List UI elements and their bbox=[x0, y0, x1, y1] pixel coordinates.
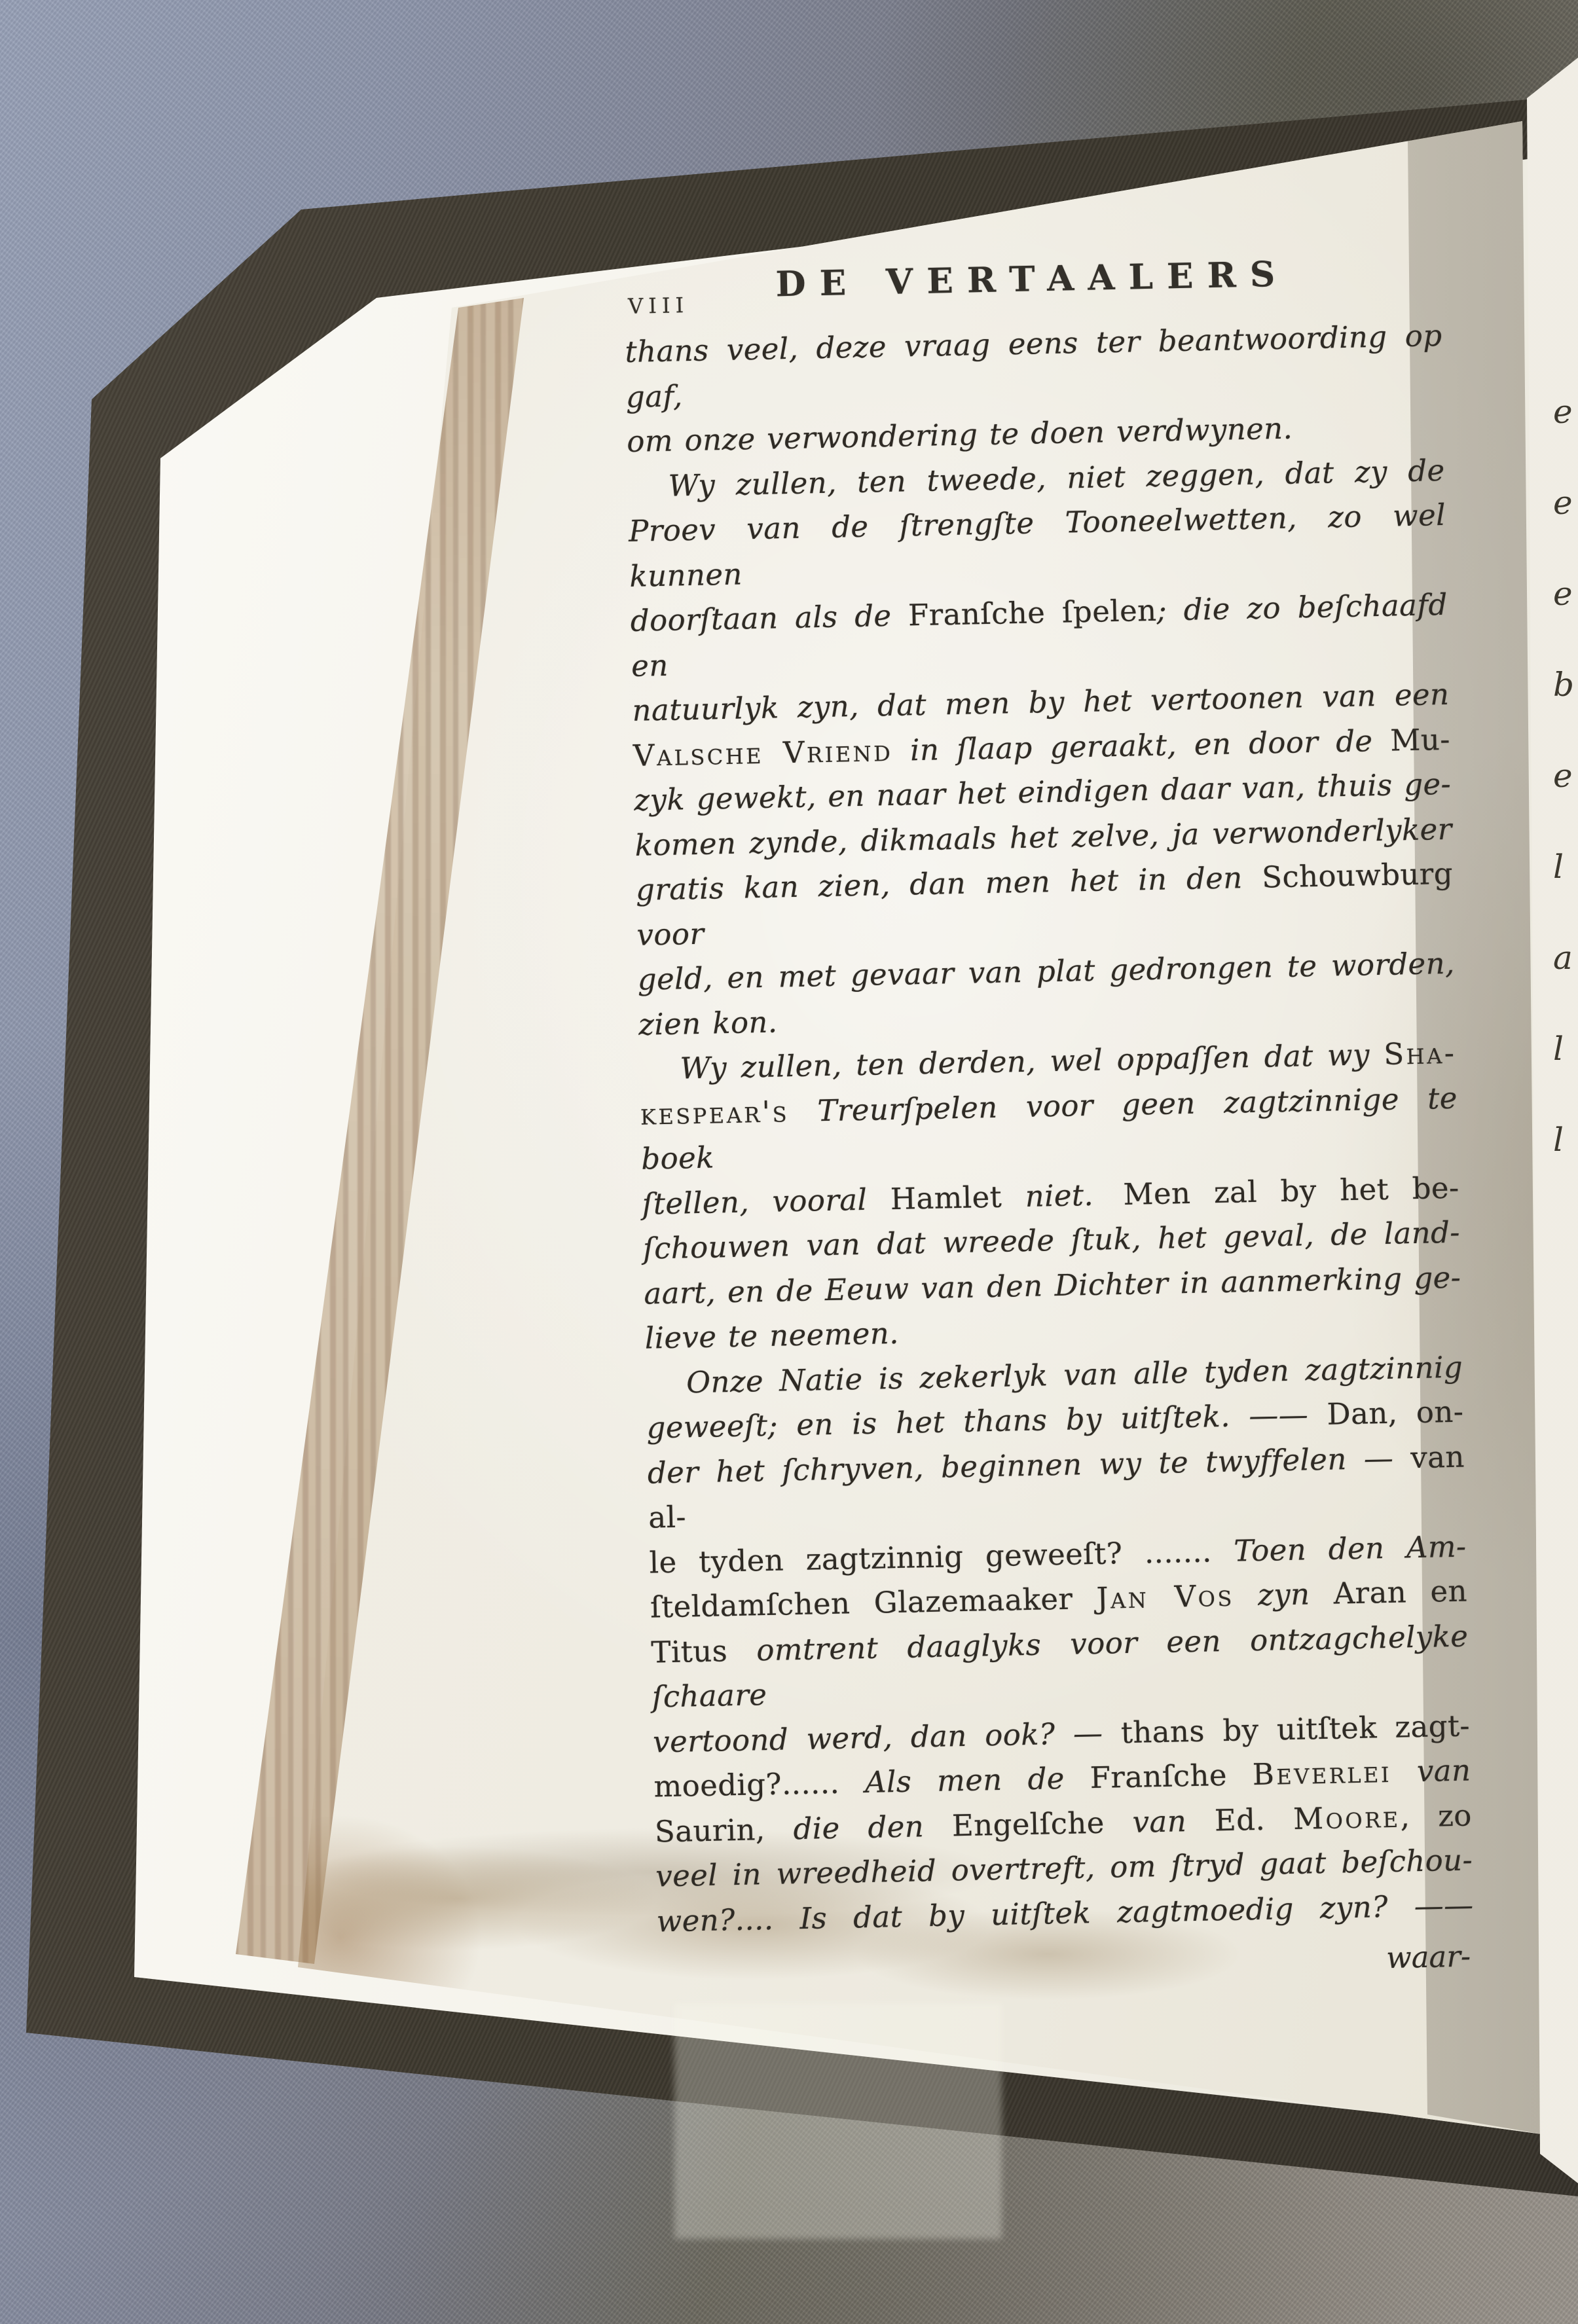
text-segment: lieve te neemen. bbox=[644, 1316, 899, 1356]
text-segment: Dan, on- bbox=[1327, 1394, 1464, 1432]
text-segment: vertoond werd, dan ook? — bbox=[653, 1715, 1122, 1759]
exposure-patch bbox=[674, 2003, 1002, 2239]
letter-fragment: l bbox=[1553, 1004, 1578, 1095]
text-segment: Engelſche bbox=[951, 1804, 1133, 1843]
facing-page-letter-fragments: eeebelall bbox=[1553, 367, 1578, 1186]
letter-fragment: b bbox=[1553, 640, 1578, 731]
text-line: gratis kan zien, dan men het in den Scho… bbox=[635, 852, 1454, 958]
text-block: viii DE VERTAALERS thans veel, deze vraa… bbox=[623, 251, 1475, 1995]
paragraph: Wy zullen, ten tweede, niet zeggen, dat … bbox=[627, 448, 1456, 1047]
text-segment: Proev van de ſtrengſte Tooneelwetten, zo… bbox=[629, 498, 1446, 594]
text-segment: thans veel, deze vraag eens ter beantwoo… bbox=[625, 318, 1442, 414]
text-segment: Mu- bbox=[1390, 721, 1451, 757]
text-segment: Sha- bbox=[1384, 1036, 1457, 1072]
text-segment: Titus bbox=[651, 1633, 728, 1669]
text-segment: Toen den Am- bbox=[1234, 1529, 1467, 1568]
text-segment: zyn bbox=[1234, 1576, 1334, 1613]
text-segment: doorſtaan als de bbox=[630, 598, 908, 638]
text-segment: van bbox=[1391, 1752, 1471, 1788]
text-segment: ſteldamſchen Glazemaaker bbox=[650, 1581, 1097, 1625]
letter-fragment: l bbox=[1553, 1095, 1578, 1186]
text-segment: Hamlet bbox=[890, 1179, 1002, 1216]
text-segment: thans by uitſtek zagt- bbox=[1120, 1708, 1470, 1750]
letter-fragment: l bbox=[1553, 822, 1578, 913]
text-segment: zien kon. bbox=[638, 1004, 778, 1042]
text-line: thans veel, deze vraag eens ter beantwoo… bbox=[625, 314, 1443, 420]
text-segment: die den bbox=[793, 1808, 953, 1846]
paragraph: Wy zullen, ten derden, wel oppaſſen dat … bbox=[639, 1031, 1462, 1361]
text-segment: Aran en bbox=[1333, 1574, 1467, 1611]
text-segment: ſtellen, vooral bbox=[642, 1182, 890, 1222]
text-segment: Wy zullen, ten derden, wel oppaſſen dat … bbox=[680, 1037, 1384, 1086]
text-segment: Ed. bbox=[1214, 1801, 1293, 1837]
text-line: Titus omtrent daaglyks voor een ontzagch… bbox=[651, 1614, 1469, 1720]
text-segment: voor bbox=[636, 916, 705, 952]
text-line: doorſtaan als de Franſche ſpelen; die zo… bbox=[630, 583, 1448, 689]
text-segment: Valsche Vriend bbox=[633, 733, 892, 772]
text-segment: van bbox=[1132, 1803, 1215, 1840]
paragraph: Onze Natie is zekerlyk van alle tyden za… bbox=[646, 1345, 1475, 1944]
text-segment: kespear's bbox=[640, 1094, 789, 1132]
text-segment: Beverlei bbox=[1252, 1754, 1391, 1792]
letter-fragment: e bbox=[1553, 367, 1578, 458]
text-segment: niet. bbox=[1002, 1176, 1124, 1214]
text-segment: omtrent daaglyks voor een ontzagchelyke … bbox=[651, 1618, 1468, 1715]
letter-fragment: e bbox=[1553, 549, 1578, 640]
text-segment: Franſche bbox=[1090, 1757, 1253, 1795]
text-segment: moedig?...... bbox=[653, 1765, 865, 1804]
text-segment: Franſche ſpelen bbox=[908, 593, 1157, 633]
catchword: waar- bbox=[1386, 1939, 1471, 1976]
paragraph: thans veel, deze vraag eens ter beantwoo… bbox=[625, 314, 1444, 465]
body-text: thans veel, deze vraag eens ter beantwoo… bbox=[625, 314, 1474, 1944]
text-segment: gratis kan zien, dan men het in den bbox=[636, 860, 1262, 907]
text-segment: in ſlaap geraakt, en door de bbox=[892, 723, 1391, 767]
text-segment: geweeſt; en is het thans by uitſtek. —— bbox=[646, 1397, 1327, 1445]
text-segment: Jan Vos bbox=[1096, 1578, 1234, 1616]
text-segment: Als men de bbox=[864, 1760, 1090, 1800]
letter-fragment: a bbox=[1553, 913, 1578, 1004]
text-segment: om onze verwondering te doen verdwynen. bbox=[627, 411, 1293, 459]
text-line: Proev van de ſtrengſte Tooneelwetten, zo… bbox=[628, 493, 1446, 599]
text-segment: le tyden zagtzinnig geweeſt? ....... bbox=[649, 1533, 1234, 1580]
letter-fragment: e bbox=[1553, 731, 1578, 822]
text-segment: Schouwburg bbox=[1262, 856, 1454, 895]
letter-fragment: e bbox=[1553, 458, 1578, 549]
text-segment: Moore bbox=[1293, 1799, 1401, 1836]
photograph-of-book-page: { "page": { "header": { "page_number": "… bbox=[0, 0, 1578, 2324]
text-segment: Saurin, bbox=[654, 1811, 794, 1849]
page-number: viii bbox=[628, 284, 689, 321]
text-segment: , zo bbox=[1400, 1798, 1472, 1834]
text-line: der het ſchryven, beginnen wy te twyffel… bbox=[647, 1434, 1465, 1540]
text-segment: Men zal by het be- bbox=[1123, 1170, 1459, 1211]
text-line: kespear's Treurſpelen voor geen zagtzinn… bbox=[640, 1076, 1458, 1182]
